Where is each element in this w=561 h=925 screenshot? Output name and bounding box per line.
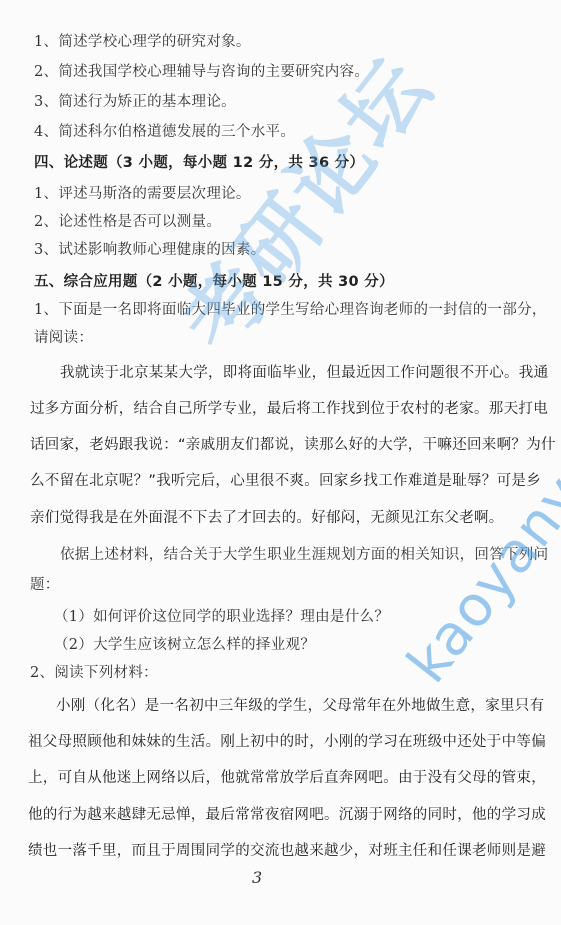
short-answer-item-1: 1、简述学校心理学的研究对象。 [34, 33, 251, 51]
letter-line-2: 过多方面分析，结合自己所学专业，最后将工作找到位于农村的老家。那天打电 [30, 400, 548, 418]
q2-material-line-2: 祖父母照顾他和妹妹的生活。刚上初中的时，小刚的学习在班级中还处于中等偏 [28, 733, 546, 751]
q2-material-line-1: 小刚（化名）是一名初中三年级的学生，父母常年在外地做生意，家里只有 [56, 697, 544, 715]
section-five-heading: 五、综合应用题（2 小题，每小题 15 分，共 30 分） [34, 273, 394, 291]
essay-item-2: 2、论述性格是否可以测量。 [34, 213, 221, 231]
q1-sub-question-2: （2）大学生应该树立怎么样的择业观？ [54, 636, 315, 654]
letter-line-5: 亲们觉得我是在外面混不下去了才回去的。好郁闷，无颜见江东父老啊。 [30, 509, 504, 527]
q1-prompt-line-2: 题： [30, 576, 60, 594]
q2-material-line-5: 绩也一落千里，而且于周围同学的交流也越来越少，对班主任和任课老师则是避 [28, 842, 546, 860]
q1-prompt-line-1: 依据上述材料，结合关于大学生职业生涯规划方面的相关知识，回答下列问 [60, 546, 548, 564]
q1-intro-line-2: 请阅读： [34, 329, 93, 347]
short-answer-item-3: 3、简述行为矫正的基本理论。 [34, 93, 236, 111]
section-four-heading: 四、论述题（3 小题，每小题 12 分，共 36 分） [34, 154, 364, 172]
q1-sub-question-1: （1）如何评价这位同学的职业选择？理由是什么？ [54, 608, 389, 626]
letter-line-1: 我就读于北京某某大学，即将面临毕业，但最近因工作问题很不开心。我通 [60, 364, 548, 382]
q1-intro-line-1: 1、下面是一名即将面临大四毕业的学生写给心理咨询老师的一封信的一部分， [34, 301, 547, 319]
q2-intro: 2、阅读下列材料： [30, 664, 158, 682]
q2-material-line-4: 他的行为越来越肆无忌惮，最后常常夜宿网吧。沉溺于网络的同时，他的学习成 [28, 806, 546, 824]
exam-page: 1、简述学校心理学的研究对象。 2、简述我国学校心理辅导与咨询的主要研究内容。 … [0, 0, 561, 925]
essay-item-1: 1、评述马斯洛的需要层次理论。 [34, 185, 251, 203]
page-number: 3 [252, 868, 262, 887]
essay-item-3: 3、试述影响教师心理健康的因素。 [34, 241, 266, 259]
q2-material-line-3: 上，可自从他迷上网络以后，他就常常放学后直奔网吧。由于没有父母的管束， [28, 769, 546, 787]
short-answer-item-4: 4、简述科尔伯格道德发展的三个水平。 [34, 123, 295, 141]
watermark-english: kaoyany.top [395, 380, 561, 695]
letter-line-3: 话回家，老妈跟我说：“亲戚朋友们都说，读那么好的大学，干嘛还回来啊？为什 [30, 436, 556, 454]
short-answer-item-2: 2、简述我国学校心理辅导与咨询的主要研究内容。 [34, 63, 369, 81]
letter-line-4: 么不留在北京呢？”我听完后，心里很不爽。回家乡找工作难道是耻辱？可是乡 [30, 472, 541, 490]
